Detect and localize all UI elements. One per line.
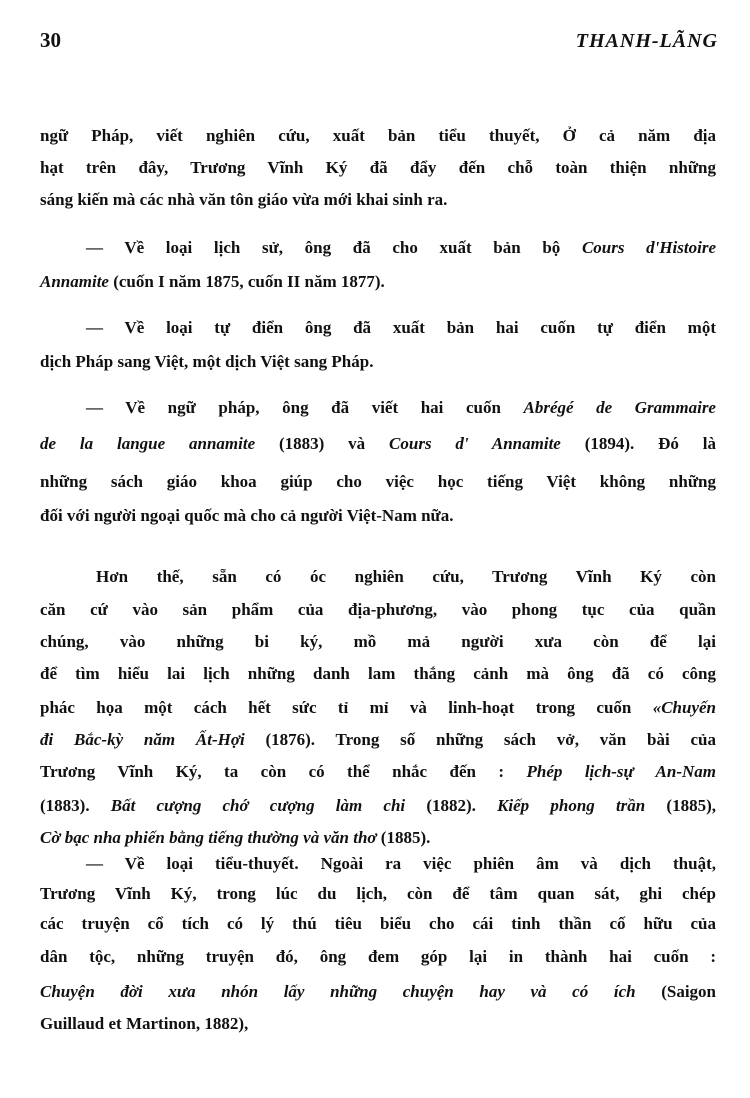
text-line: — Về loại lịch sử, ông đã cho xuất bản b…	[86, 236, 716, 260]
text-line: Trương Vĩnh Ký, trong lúc du lịch, còn đ…	[40, 882, 716, 906]
page-number: 30	[40, 28, 61, 53]
text-line: dân tộc, những truyện đó, ông đem góp lạ…	[40, 945, 716, 969]
italic-title: Cours d' Annamite	[389, 434, 561, 453]
text-line: sáng kiến mà các nhà văn tôn giáo vừa mớ…	[40, 188, 716, 212]
page-header: 30 THANH-LÃNG	[40, 28, 718, 64]
text-line: Annamite (cuốn I năm 1875, cuốn II năm 1…	[40, 270, 716, 294]
text-line: Chuyện đời xưa nhón lấy những chuyện hay…	[40, 980, 716, 1004]
text-line: Trương Vĩnh Ký, ta còn có thể nhắc đến :…	[40, 760, 716, 784]
italic-title: Kiếp phong trần	[497, 796, 645, 815]
italic-title: «Chuyến	[653, 698, 716, 717]
text-line: để tìm hiểu lai lịch những danh lam thắn…	[40, 662, 716, 686]
text-line: Cờ bạc nha phiến bằng tiếng thường và vă…	[40, 826, 716, 850]
text-line: các truyện cổ tích có lý thú tiêu biểu c…	[40, 912, 716, 936]
text-line: phác họa một cách hết sức tỉ mỉ và linh-…	[40, 696, 716, 720]
italic-title: đi Bắc-kỳ năm Ất-Hợi	[40, 730, 245, 749]
italic-title: Phép lịch-sự An-Nam	[527, 762, 716, 781]
text-line: — Về loại tiểu-thuyết. Ngoài ra việc phi…	[86, 852, 716, 876]
italic-title: Abrégé de Grammaire	[524, 398, 716, 417]
text-line: căn cứ vào sản phẩm của địa-phương, vào …	[40, 598, 716, 622]
text-line: Hơn thế, sẵn có óc nghiên cứu, Trương Vĩ…	[96, 565, 716, 589]
italic-title: Annamite	[40, 272, 109, 291]
text-line: ngữ Pháp, viết nghiên cứu, xuất bản tiểu…	[40, 124, 716, 148]
italic-title: Chuyện đời xưa nhón lấy những chuyện hay…	[40, 982, 636, 1001]
text-line: chúng, vào những bi ký, mồ mả người xưa …	[40, 630, 716, 654]
text-line: hạt trên đây, Trương Vĩnh Ký đã đẩy đến …	[40, 156, 716, 180]
italic-title: Cờ bạc nha phiến bằng tiếng thường và vă…	[40, 828, 377, 847]
running-title: THANH-LÃNG	[576, 30, 718, 53]
text-line: những sách giáo khoa giúp cho việc học t…	[40, 470, 716, 494]
italic-title: de la langue annamite	[40, 434, 255, 453]
text-line: đối với người ngoại quốc mà cho cả người…	[40, 504, 716, 528]
text-line: de la langue annamite (1883) và Cours d'…	[40, 432, 716, 456]
text-line: (1883). Bất cượng chớ cượng làm chi (188…	[40, 794, 716, 818]
text-line: Guillaud et Martinon, 1882),	[40, 1012, 716, 1036]
text-line: — Về ngữ pháp, ông đã viết hai cuốn Abré…	[86, 396, 716, 420]
text-line: — Về loại tự điển ông đã xuất bản hai cu…	[86, 316, 716, 340]
italic-title: Cours d'Histoire	[582, 238, 716, 257]
text-line: dịch Pháp sang Việt, một dịch Việt sang …	[40, 350, 716, 374]
text-line: đi Bắc-kỳ năm Ất-Hợi (1876). Trong số nh…	[40, 728, 716, 752]
italic-title: Bất cượng chớ cượng làm chi	[111, 796, 405, 815]
